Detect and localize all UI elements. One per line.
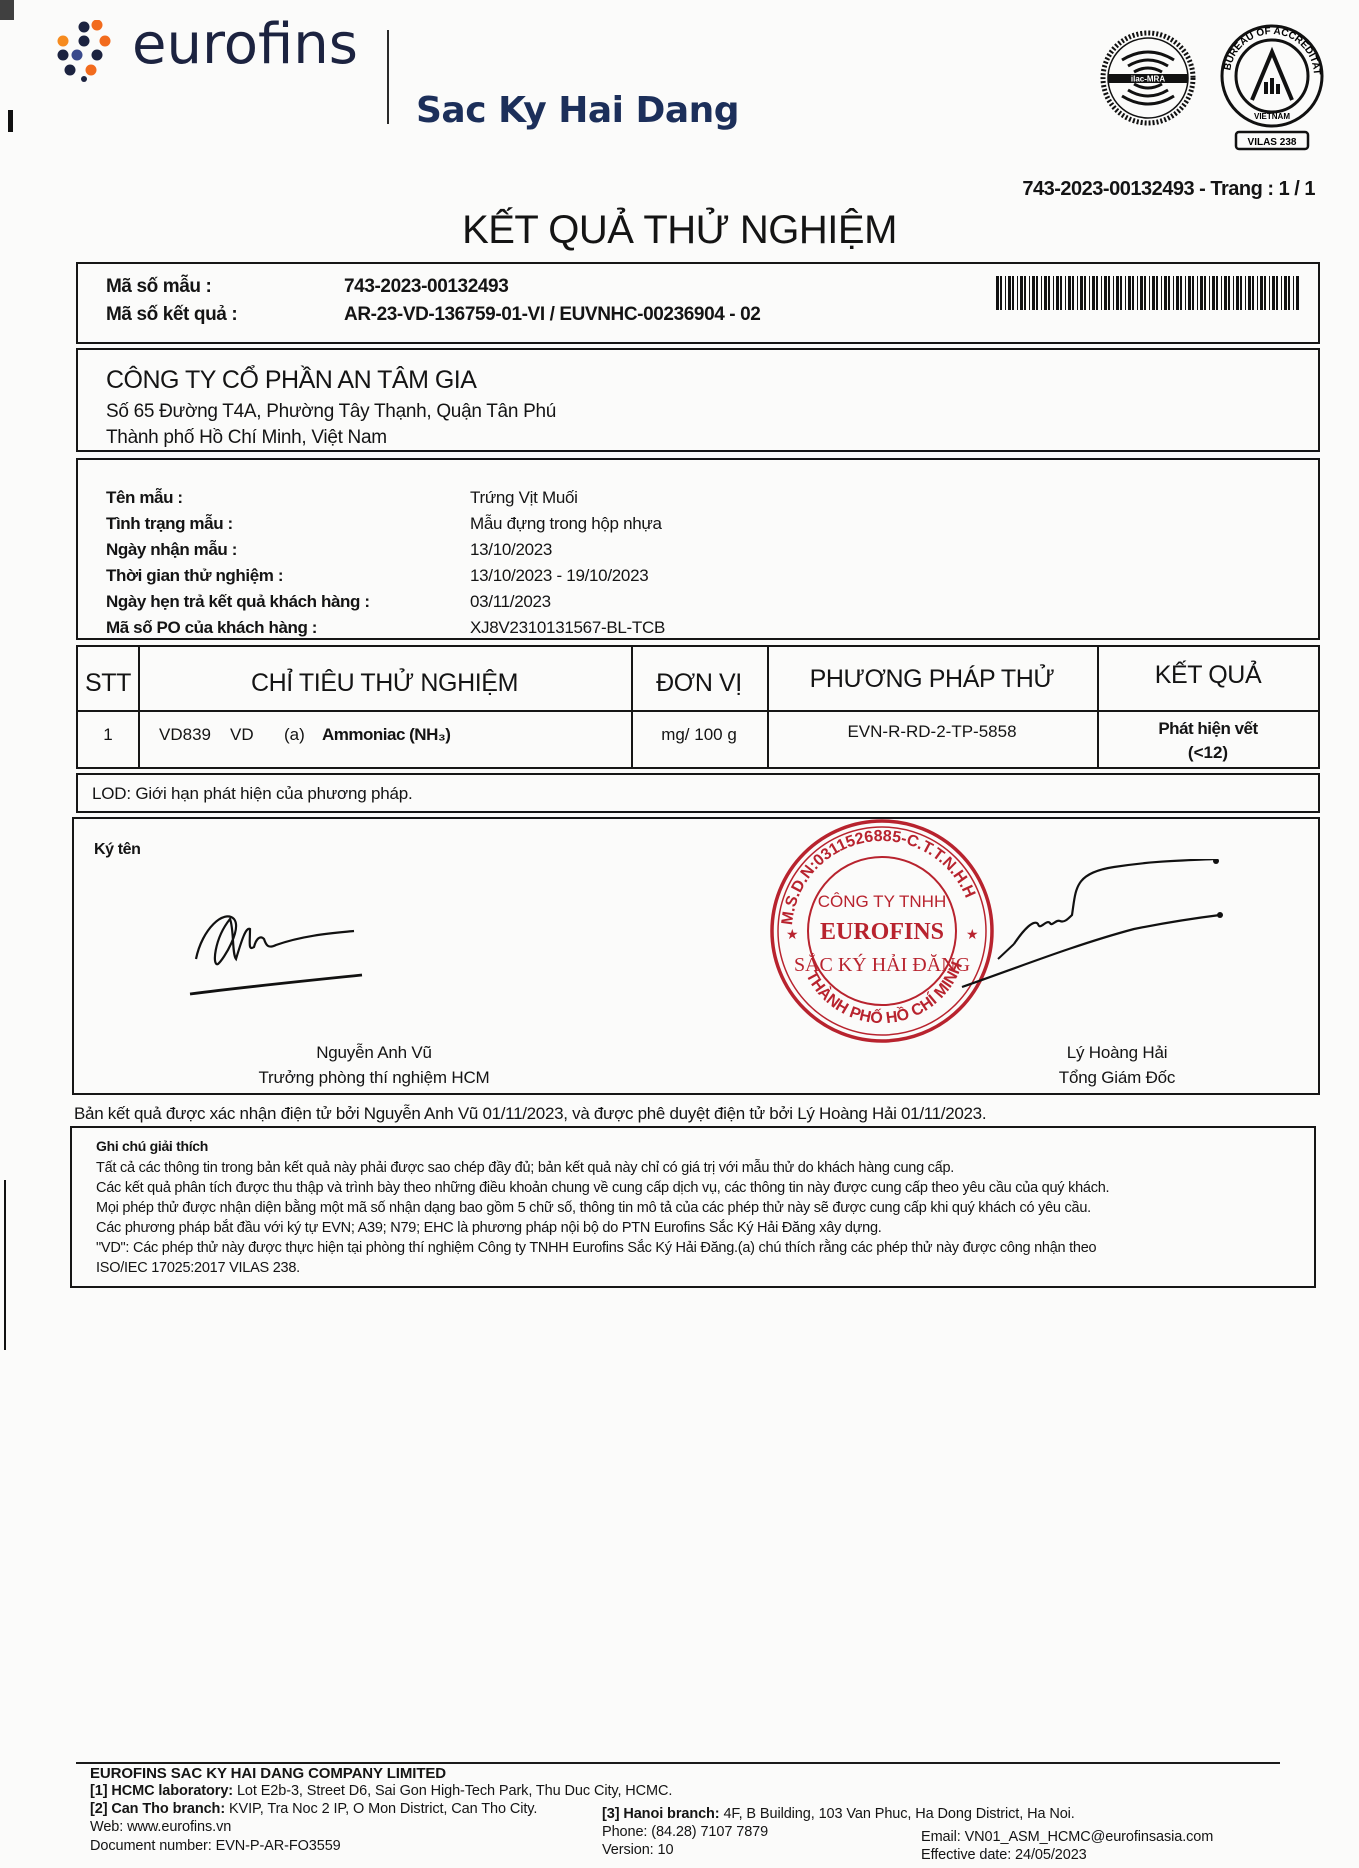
cell-stt: 1	[78, 725, 138, 745]
cell-unit: mg/ 100 g	[631, 725, 767, 745]
svg-text:ilac-MRA: ilac-MRA	[1131, 75, 1165, 84]
header-method: PHƯƠNG PHÁP THỬ	[767, 665, 1097, 694]
info-value: XJ8V2310131567-BL-TCB	[470, 618, 665, 638]
scan-edge-mark	[4, 1180, 6, 1350]
lod-note-box: LOD: Giới hạn phát hiện của phương pháp.	[76, 773, 1320, 813]
signature-right-icon	[954, 859, 1234, 999]
page-reference: 743-2023-00132493 - Trang : 1 / 1	[1022, 178, 1315, 201]
cell-result-line1: Phát hiện vết	[1097, 719, 1319, 739]
footer-rule	[76, 1762, 1280, 1764]
footer-lab2: [2] Can Tho branch: KVIP, Tra Noc 2 IP, …	[90, 1801, 537, 1817]
info-value: 13/10/2023	[470, 540, 552, 560]
signer-left-title: Trưởng phòng thí nghiệm HCM	[180, 1068, 568, 1088]
subsidiary-name: Sac Ky Hai Dang	[416, 90, 739, 131]
customer-box: CÔNG TY CỔ PHẦN AN TÂM GIA Số 65 Đường T…	[76, 348, 1320, 452]
cell-analyte: Ammoniac (NH₃)	[322, 725, 450, 745]
page-title: KẾT QUẢ THỬ NGHIỆM	[0, 208, 1359, 253]
footer-email[interactable]: Email: VN01_ASM_HCMC@eurofinsasia.com	[921, 1829, 1213, 1845]
footer-lab1: [1] HCMC laboratory: Lot E2b-3, Street D…	[90, 1783, 672, 1799]
header-test-item: CHỈ TIÊU THỬ NGHIỆM	[138, 669, 631, 698]
footer-company: EUROFINS SAC KY HAI DANG COMPANY LIMITED	[90, 1765, 446, 1782]
scan-edge-mark	[8, 110, 13, 132]
barcode	[996, 276, 1302, 310]
note-line: ISO/IEC 17025:2017 VILAS 238.	[96, 1258, 1109, 1278]
customer-name: CÔNG TY CỔ PHẦN AN TÂM GIA	[106, 366, 476, 395]
ilac-mra-icon: ilac-MRA	[1100, 30, 1196, 126]
footer-web[interactable]: Web: www.eurofins.vn	[90, 1819, 231, 1835]
svg-text:CÔNG TY TNHH: CÔNG TY TNHH	[818, 892, 946, 911]
note-line: Các phương pháp bắt đầu với ký tự EVN; A…	[96, 1218, 1109, 1238]
svg-text:SẮC KÝ HẢI ĐĂNG: SẮC KÝ HẢI ĐĂNG	[794, 952, 970, 976]
footer-phone: Phone: (84.28) 7107 7879	[602, 1824, 768, 1840]
svg-text:VIETNAM: VIETNAM	[1254, 112, 1290, 121]
footer-lab3: [3] Hanoi branch: 4F, B Building, 103 Va…	[602, 1806, 1075, 1822]
header-divider	[387, 30, 389, 124]
info-label: Mã số PO của khách hàng :	[106, 618, 317, 638]
cell-code: VD839	[159, 725, 211, 745]
signature-label: Ký tên	[94, 841, 141, 859]
note-line: Các kết quả phân tích được thu thập và t…	[96, 1178, 1109, 1198]
results-table: STT CHỈ TIÊU THỬ NGHIỆM ĐƠN VỊ PHƯƠNG PH…	[76, 645, 1320, 769]
info-label: Tên mẫu :	[106, 488, 183, 508]
info-label: Ngày hẹn trả kết quả khách hàng :	[106, 592, 370, 612]
info-value: 03/11/2023	[470, 592, 551, 612]
footer-effective-date: Effective date: 24/05/2023	[921, 1847, 1087, 1863]
scan-edge-mark	[0, 0, 14, 20]
signer-right-name: Lý Hoàng Hải	[974, 1043, 1260, 1063]
cell-accredited-flag: (a)	[284, 725, 305, 745]
note-line: Tất cả các thông tin trong bản kết quả n…	[96, 1158, 1109, 1178]
customer-address-line2: Thành phố Hồ Chí Minh, Việt Nam	[106, 427, 387, 449]
svg-text:VILAS 238: VILAS 238	[1248, 137, 1297, 148]
brand-name: eurofins	[132, 12, 358, 77]
info-label: Ngày nhận mẫu :	[106, 540, 237, 560]
cell-result-line2: (<12)	[1097, 743, 1319, 763]
sample-info-box: Tên mẫu :Trứng Vịt MuốiTình trạng mẫu :M…	[76, 458, 1320, 640]
footer-doc-number: Document number: EVN-P-AR-FO3559	[90, 1838, 341, 1854]
header-unit: ĐƠN VỊ	[631, 669, 767, 698]
signer-left-name: Nguyễn Anh Vũ	[180, 1043, 568, 1063]
note-line: "VD": Các phép thử này được thực hiện tạ…	[96, 1238, 1109, 1258]
result-id-label: Mã số kết quả :	[106, 304, 237, 326]
signer-right-title: Tổng Giám Đốc	[974, 1068, 1260, 1088]
svg-text:★: ★	[786, 926, 799, 942]
info-label: Thời gian thử nghiệm :	[106, 566, 283, 586]
sample-id-value: 743-2023-00132493	[344, 276, 508, 298]
header-stt: STT	[78, 669, 138, 698]
electronic-confirmation: Bản kết quả được xác nhận điện tử bởi Ng…	[74, 1104, 986, 1124]
signature-left-icon	[184, 899, 464, 1009]
bureau-of-accreditation-icon: BUREAU OF ACCREDITATION VIETNAM VILAS 23…	[1216, 24, 1328, 152]
info-value: Mẫu đựng trong hộp nhựa	[470, 514, 662, 534]
notes-box: Ghi chú giải thích Tất cả các thông tin …	[70, 1126, 1316, 1288]
sample-id-label: Mã số mẫu :	[106, 276, 211, 298]
note-line: Mọi phép thử được nhận diện bằng một mã …	[96, 1198, 1109, 1218]
signature-box: Ký tên M.S.D.N:0311526885-C.T.T.N.H.H TH…	[72, 817, 1320, 1095]
cell-method: EVN-R-RD-2-TP-5858	[767, 722, 1097, 742]
cell-lab: VD	[230, 725, 254, 745]
info-label: Tình trạng mẫu :	[106, 514, 233, 534]
notes-title: Ghi chú giải thích	[96, 1138, 208, 1154]
info-value: Trứng Vịt Muối	[470, 488, 578, 508]
header-result: KẾT QUẢ	[1097, 661, 1319, 690]
customer-address-line1: Số 65 Đường T4A, Phường Tây Thạnh, Quận …	[106, 401, 556, 423]
lod-note: LOD: Giới hạn phát hiện của phương pháp.	[92, 784, 413, 804]
eurofins-logo-icon	[55, 20, 117, 82]
footer-version: Version: 10	[602, 1842, 673, 1858]
info-value: 13/10/2023 - 19/10/2023	[470, 566, 648, 586]
svg-text:EUROFINS: EUROFINS	[820, 919, 944, 945]
result-id-value: AR-23-VD-136759-01-VI / EUVNHC-00236904 …	[344, 304, 760, 326]
notes-list: Tất cả các thông tin trong bản kết quả n…	[96, 1158, 1109, 1278]
